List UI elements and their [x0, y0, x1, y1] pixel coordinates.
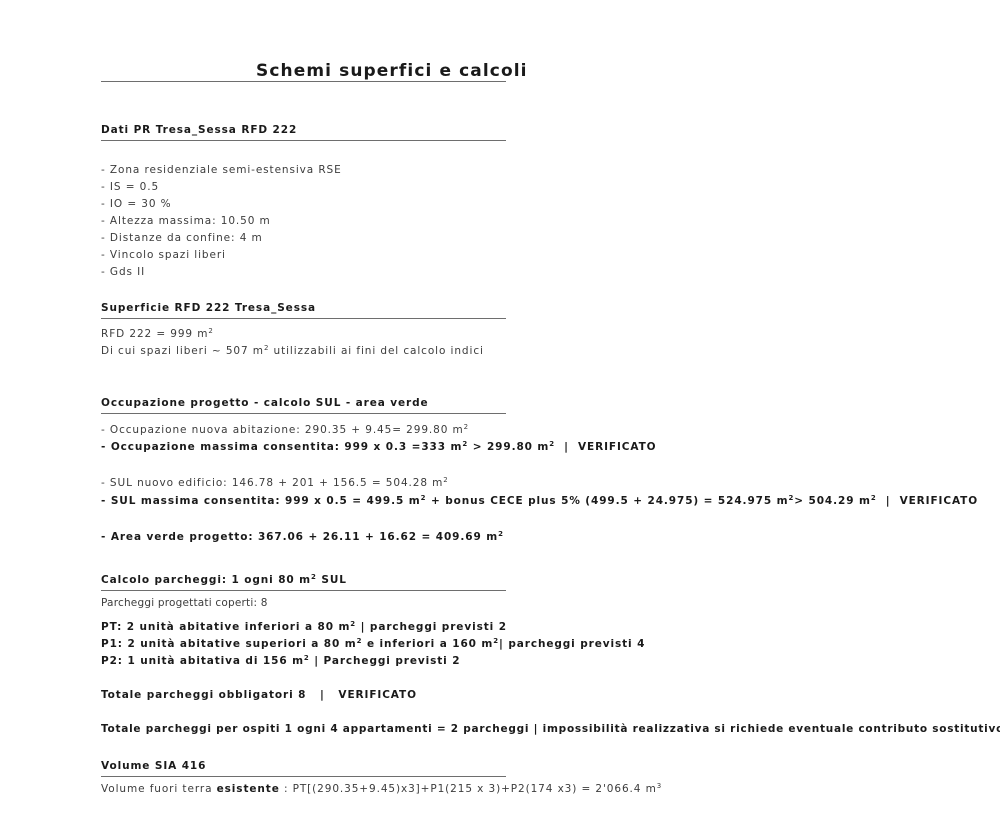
parcheggi-p1: P1: 2 unità abitative superiori a 80 m2 … — [101, 638, 645, 650]
section-divider — [101, 318, 506, 319]
sul-nuovo-edificio: - SUL nuovo edificio: 146.78 + 201 + 156… — [101, 477, 449, 489]
section-divider — [101, 776, 506, 777]
title-divider — [101, 81, 506, 82]
parcheggi-pt: PT: 2 unità abitative inferiori a 80 m2 … — [101, 621, 507, 633]
section-heading-occupazione: Occupazione progetto - calcolo SUL - are… — [101, 397, 429, 409]
section-divider — [101, 590, 506, 591]
superficie-total: RFD 222 = 999 m2 — [101, 328, 214, 340]
list-item: - Gds II — [101, 266, 145, 278]
parcheggi-coperti: Parcheggi progettati coperti: 8 — [101, 597, 268, 609]
list-item: - IS = 0.5 — [101, 181, 159, 193]
page-title: Schemi superfici e calcoli — [256, 61, 528, 81]
area-verde: - Area verde progetto: 367.06 + 26.11 + … — [101, 531, 504, 543]
superficie-spazi-liberi: Di cui spazi liberi ~ 507 m2 utilizzabil… — [101, 345, 484, 357]
section-divider — [101, 413, 506, 414]
list-item: - Altezza massima: 10.50 m — [101, 215, 271, 227]
occupazione-nuova: - Occupazione nuova abitazione: 290.35 +… — [101, 424, 469, 436]
sul-massima: - SUL massima consentita: 999 x 0.5 = 49… — [101, 495, 978, 507]
list-item: - IO = 30 % — [101, 198, 172, 210]
totale-parcheggi-obbligatori: Totale parcheggi obbligatori 8 | VERIFIC… — [101, 689, 417, 701]
section-heading-superficie: Superficie RFD 222 Tresa_Sessa — [101, 302, 316, 314]
volume-fuori-terra: Volume fuori terra esistente : PT[(290.3… — [101, 783, 662, 795]
list-item: - Vincolo spazi liberi — [101, 249, 226, 261]
parcheggi-p2: P2: 1 unità abitativa di 156 m2 | Parche… — [101, 655, 460, 667]
totale-parcheggi-ospiti: Totale parcheggi per ospiti 1 ogni 4 app… — [101, 723, 1000, 735]
list-item: - Zona residenziale semi-estensiva RSE — [101, 164, 342, 176]
section-heading-parcheggi: Calcolo parcheggi: 1 ogni 80 m2 SUL — [101, 574, 347, 586]
section-divider — [101, 140, 506, 141]
section-heading-volume: Volume SIA 416 — [101, 760, 206, 772]
list-item: - Distanze da confine: 4 m — [101, 232, 263, 244]
occupazione-massima: - Occupazione massima consentita: 999 x … — [101, 441, 656, 453]
section-heading-dati-pr: Dati PR Tresa_Sessa RFD 222 — [101, 124, 297, 136]
